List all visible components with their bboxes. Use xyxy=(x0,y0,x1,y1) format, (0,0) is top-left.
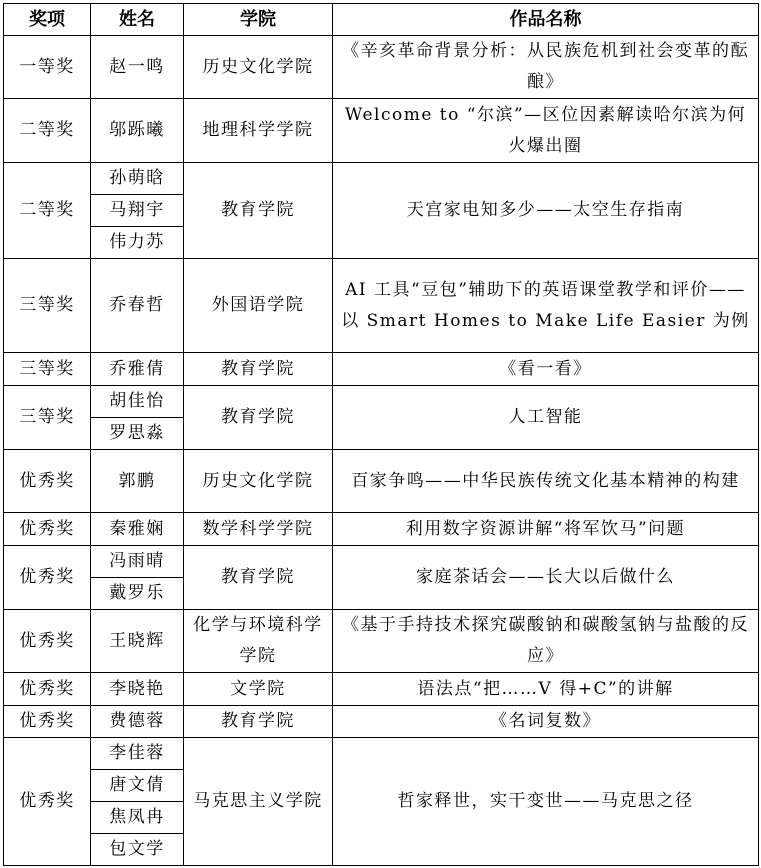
table-row: 三等奖 乔春哲 外国语学院 AI 工具“豆包”辅助下的英语课堂教学和评价——以 … xyxy=(4,259,759,353)
award-cell: 三等奖 xyxy=(4,259,91,353)
header-work: 作品名称 xyxy=(333,4,759,36)
award-cell: 优秀奖 xyxy=(4,513,91,546)
name-cell: 罗思淼 xyxy=(91,418,184,450)
table-row: 二等奖 孙萌晗 教育学院 天宫家电知多少——太空生存指南 xyxy=(4,163,759,195)
award-cell: 三等奖 xyxy=(4,353,91,386)
name-cell: 马翔宇 xyxy=(91,195,184,227)
name-cell: 邬跞曦 xyxy=(91,99,184,163)
work-cell: 利用数字资源讲解“将军饮马”问题 xyxy=(333,513,759,546)
award-cell: 二等奖 xyxy=(4,99,91,163)
name-cell: 李佳蓉 xyxy=(91,738,184,770)
college-cell: 马克思主义学院 xyxy=(184,738,333,866)
table-row: 优秀奖 李佳蓉 马克思主义学院 哲家释世，实干变世——马克思之径 xyxy=(4,738,759,770)
name-cell: 李晓艳 xyxy=(91,673,184,706)
name-cell: 孙萌晗 xyxy=(91,163,184,195)
college-cell: 教育学院 xyxy=(184,163,333,259)
table-row: 二等奖 邬跞曦 地理科学学院 Welcome to “尔滨”—区位因素解读哈尔滨… xyxy=(4,99,759,163)
table-row: 优秀奖 秦雅娴 数学科学学院 利用数字资源讲解“将军饮马”问题 xyxy=(4,513,759,546)
name-cell: 郭鹏 xyxy=(91,450,184,513)
award-cell: 优秀奖 xyxy=(4,738,91,866)
header-name: 姓名 xyxy=(91,4,184,36)
college-cell: 教育学院 xyxy=(184,706,333,738)
award-cell: 一等奖 xyxy=(4,36,91,99)
college-cell: 地理科学学院 xyxy=(184,99,333,163)
header-row: 奖项 姓名 学院 作品名称 xyxy=(4,4,759,36)
name-cell: 乔春哲 xyxy=(91,259,184,353)
award-cell: 二等奖 xyxy=(4,163,91,259)
table-row: 三等奖 乔雅倩 教育学院 《看一看》 xyxy=(4,353,759,386)
work-cell: 《辛亥革命背景分析：从民族危机到社会变革的酝酿》 xyxy=(333,36,759,99)
name-cell: 戴罗乐 xyxy=(91,578,184,610)
name-cell: 王晓辉 xyxy=(91,610,184,673)
work-cell: 天宫家电知多少——太空生存指南 xyxy=(333,163,759,259)
college-cell: 历史文化学院 xyxy=(184,36,333,99)
work-cell: Welcome to “尔滨”—区位因素解读哈尔滨为何火爆出圈 xyxy=(333,99,759,163)
college-cell: 教育学院 xyxy=(184,386,333,450)
college-cell: 历史文化学院 xyxy=(184,450,333,513)
name-cell: 焦凤冉 xyxy=(91,802,184,834)
award-cell: 优秀奖 xyxy=(4,610,91,673)
college-cell: 化学与环境科学学院 xyxy=(184,610,333,673)
header-college: 学院 xyxy=(184,4,333,36)
name-cell: 赵一鸣 xyxy=(91,36,184,99)
name-cell: 包文学 xyxy=(91,834,184,866)
name-cell: 伟力苏 xyxy=(91,227,184,259)
table-row: 一等奖 赵一鸣 历史文化学院 《辛亥革命背景分析：从民族危机到社会变革的酝酿》 xyxy=(4,36,759,99)
name-cell: 胡佳怡 xyxy=(91,386,184,418)
award-cell: 三等奖 xyxy=(4,386,91,450)
work-cell: AI 工具“豆包”辅助下的英语课堂教学和评价——以 Smart Homes to… xyxy=(333,259,759,353)
table-row: 优秀奖 王晓辉 化学与环境科学学院 《基于手持技术探究碳酸钠和碳酸氢钠与盐酸的反… xyxy=(4,610,759,673)
table-row: 优秀奖 郭鹏 历史文化学院 百家争鸣——中华民族传统文化基本精神的构建 xyxy=(4,450,759,513)
name-cell: 费德蓉 xyxy=(91,706,184,738)
name-cell: 唐文倩 xyxy=(91,770,184,802)
work-cell: 《基于手持技术探究碳酸钠和碳酸氢钠与盐酸的反应》 xyxy=(333,610,759,673)
college-cell: 数学科学学院 xyxy=(184,513,333,546)
award-cell: 优秀奖 xyxy=(4,546,91,610)
work-cell: 《名词复数》 xyxy=(333,706,759,738)
award-cell: 优秀奖 xyxy=(4,673,91,706)
work-cell: 《看一看》 xyxy=(333,353,759,386)
award-table: 奖项 姓名 学院 作品名称 一等奖 赵一鸣 历史文化学院 《辛亥革命背景分析：从… xyxy=(3,3,759,866)
name-cell: 秦雅娴 xyxy=(91,513,184,546)
header-award: 奖项 xyxy=(4,4,91,36)
table-row: 优秀奖 费德蓉 教育学院 《名词复数》 xyxy=(4,706,759,738)
work-cell: 哲家释世，实干变世——马克思之径 xyxy=(333,738,759,866)
award-cell: 优秀奖 xyxy=(4,450,91,513)
award-cell: 优秀奖 xyxy=(4,706,91,738)
work-cell: 百家争鸣——中华民族传统文化基本精神的构建 xyxy=(333,450,759,513)
table-row: 三等奖 胡佳怡 教育学院 人工智能 xyxy=(4,386,759,418)
name-cell: 冯雨晴 xyxy=(91,546,184,578)
work-cell: 家庭茶话会——长大以后做什么 xyxy=(333,546,759,610)
college-cell: 外国语学院 xyxy=(184,259,333,353)
name-cell: 乔雅倩 xyxy=(91,353,184,386)
college-cell: 教育学院 xyxy=(184,546,333,610)
table-row: 优秀奖 李晓艳 文学院 语法点“把……V 得+C”的讲解 xyxy=(4,673,759,706)
college-cell: 文学院 xyxy=(184,673,333,706)
college-cell: 教育学院 xyxy=(184,353,333,386)
work-cell: 人工智能 xyxy=(333,386,759,450)
work-cell: 语法点“把……V 得+C”的讲解 xyxy=(333,673,759,706)
table-row: 优秀奖 冯雨晴 教育学院 家庭茶话会——长大以后做什么 xyxy=(4,546,759,578)
